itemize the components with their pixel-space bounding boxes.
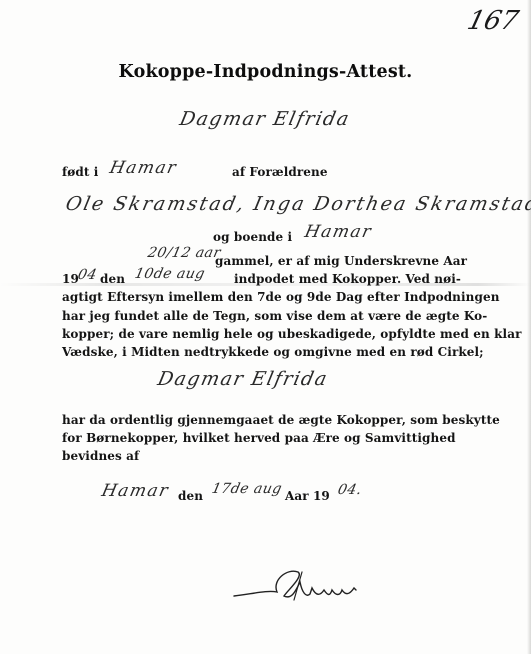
residing-label: og boende i — [213, 230, 292, 244]
body-line-1: agtigt Eftersyn imellem den 7de og 9de D… — [62, 290, 500, 304]
closing-line-2: for Børnekopper, hvilket herved paa Ære … — [62, 431, 456, 445]
closing-line-3: bevidnes af — [62, 449, 139, 463]
year-handwritten: 04 — [76, 267, 98, 283]
age-line-text: gammel, er af mig Underskrevne Aar — [215, 254, 467, 268]
signing-den-label: den — [178, 489, 203, 503]
body-line-3: kopper; de vare nemlig hele og ubeskadig… — [62, 327, 522, 341]
parents-names-handwritten: Ole Skramstad, Inga Dorthea Skramstad — [64, 193, 531, 215]
body-line-4: Vædske, i Midten nedtrykkede og omgivne … — [62, 345, 484, 359]
signing-place-handwritten: Hamar — [100, 481, 171, 501]
vaccinated-line-text: indpodet med Kokopper. Ved nøi- — [234, 272, 461, 286]
body-line-2: har jeg fundet alle de Tegn, som vise de… — [62, 309, 487, 323]
doctor-signature — [232, 566, 422, 606]
paper-edge — [527, 0, 531, 654]
signing-year-handwritten: 04. — [336, 482, 363, 498]
residence-handwritten: Hamar — [303, 222, 374, 242]
born-label: født i — [62, 165, 98, 179]
document-title: Kokoppe-Indpodnings-Attest. — [0, 62, 531, 82]
vaccination-certificate-page: 167 Kokoppe-Indpodnings-Attest. Dagmar E… — [0, 0, 531, 654]
child-name-repeat-handwritten: Dagmar Elfrida — [156, 368, 331, 390]
signing-year-label: Aar 19 — [285, 489, 330, 503]
vaccination-date-handwritten: 10de aug — [133, 266, 206, 282]
signing-date-handwritten: 17de aug — [210, 481, 283, 497]
age-handwritten: 20/12 aar — [146, 245, 222, 261]
closing-line-1: har da ordentlig gjennemgaaet de ægte Ko… — [62, 413, 500, 427]
parents-label: af Forældrene — [232, 165, 328, 179]
child-name-handwritten: Dagmar Elfrida — [178, 108, 353, 130]
archive-reference-number: 167 — [464, 6, 521, 36]
den-label: den — [100, 272, 125, 286]
birthplace-handwritten: Hamar — [108, 158, 179, 178]
